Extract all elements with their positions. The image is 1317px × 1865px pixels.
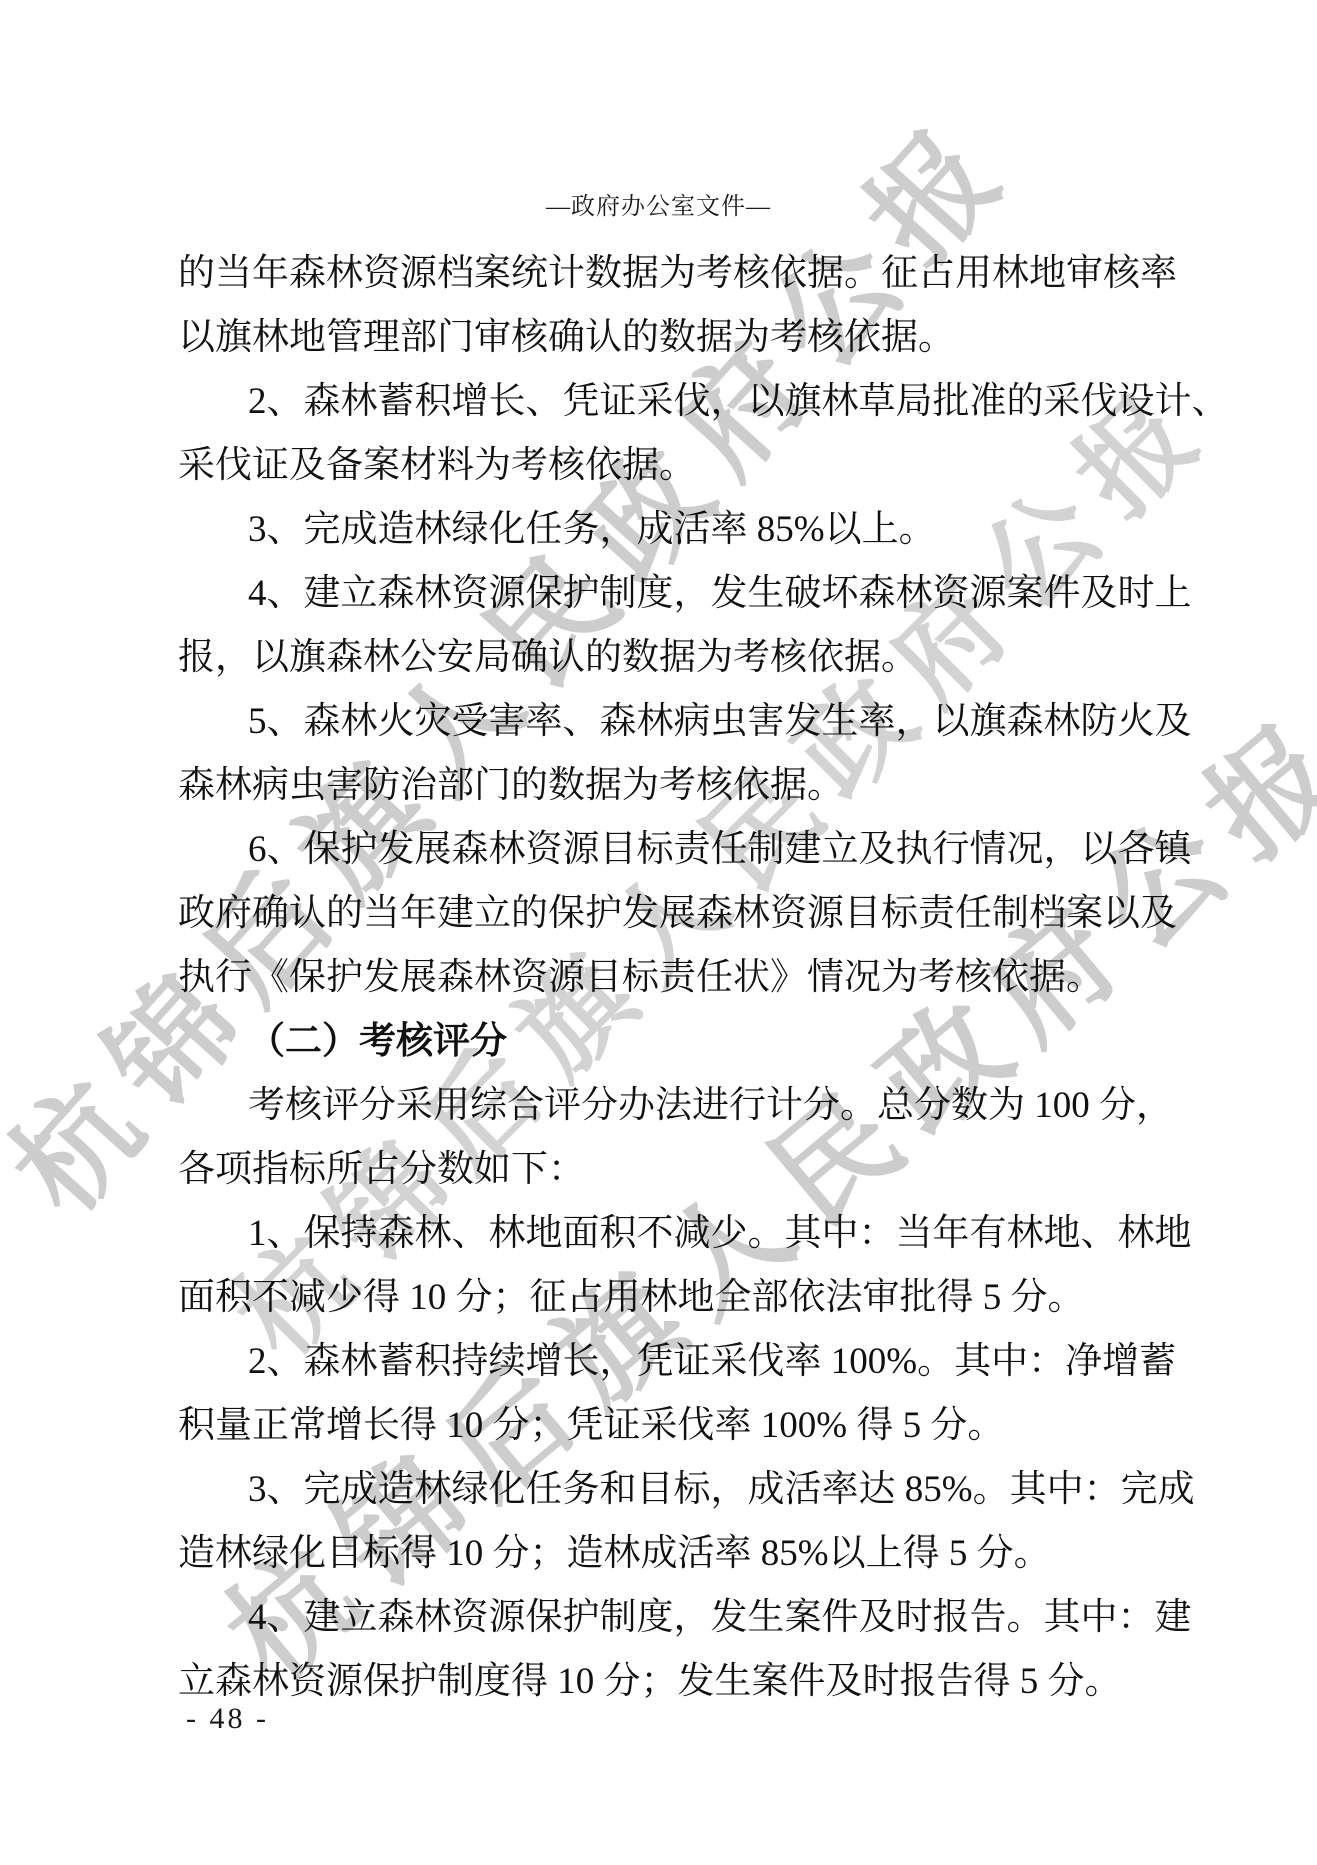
document-body: 的当年森林资源档案统计数据为考核依据。征占用林地审核率以旗林地管理部门审核确认的… [178, 242, 1144, 1714]
body-line: 各项指标所占分数如下： [178, 1138, 1144, 1202]
body-line: 政府确认的当年建立的保护发展森林资源目标责任制档案以及 [178, 882, 1144, 946]
body-line: 积量正常增长得 10 分；凭证采伐率 100% 得 5 分。 [178, 1394, 1144, 1458]
body-line: 5、森林火灾受害率、森林病虫害发生率，以旗森林防火及 [178, 690, 1144, 754]
body-line: 面积不减少得 10 分；征占用林地全部依法审批得 5 分。 [178, 1266, 1144, 1330]
text-layer: —政府办公室文件— 的当年森林资源档案统计数据为考核依据。征占用林地审核率以旗林… [0, 0, 1317, 1865]
document-page: 杭锦后旗人民政府公报 杭锦后旗人民政府公报 杭锦后旗人民政府公报 —政府办公室文… [0, 0, 1317, 1865]
body-line: 森林病虫害防治部门的数据为考核依据。 [178, 754, 1144, 818]
body-line: 立森林资源保护制度得 10 分；发生案件及时报告得 5 分。 [178, 1650, 1144, 1714]
body-line: 以旗林地管理部门审核确认的数据为考核依据。 [178, 306, 1144, 370]
body-line: 4、建立森林资源保护制度，发生破坏森林资源案件及时上 [178, 562, 1144, 626]
body-line: 3、完成造林绿化任务，成活率 85%以上。 [178, 498, 1144, 562]
body-line: 6、保护发展森林资源目标责任制建立及执行情况，以各镇 [178, 818, 1144, 882]
body-line: 执行《保护发展森林资源目标责任状》情况为考核依据。 [178, 946, 1144, 1010]
body-line: （二）考核评分 [178, 1010, 1144, 1074]
body-line: 报，以旗森林公安局确认的数据为考核依据。 [178, 626, 1144, 690]
body-line: 1、保持森林、林地面积不减少。其中：当年有林地、林地 [178, 1202, 1144, 1266]
body-line: 造林绿化目标得 10 分；造林成活率 85%以上得 5 分。 [178, 1522, 1144, 1586]
body-line: 2、森林蓄积持续增长，凭证采伐率 100%。其中：净增蓄 [178, 1330, 1144, 1394]
body-line: 3、完成造林绿化任务和目标，成活率达 85%。其中：完成 [178, 1458, 1144, 1522]
body-line: 2、森林蓄积增长、凭证采伐，以旗林草局批准的采伐设计、 [178, 370, 1144, 434]
body-line: 采伐证及备案材料为考核依据。 [178, 434, 1144, 498]
document-header: —政府办公室文件— [0, 186, 1317, 221]
body-line: 4、建立森林资源保护制度，发生案件及时报告。其中：建 [178, 1586, 1144, 1650]
page-number: - 48 - [186, 1702, 269, 1736]
body-line: 的当年森林资源档案统计数据为考核依据。征占用林地审核率 [178, 242, 1144, 306]
body-line: 考核评分采用综合评分办法进行计分。总分数为 100 分， [178, 1074, 1144, 1138]
